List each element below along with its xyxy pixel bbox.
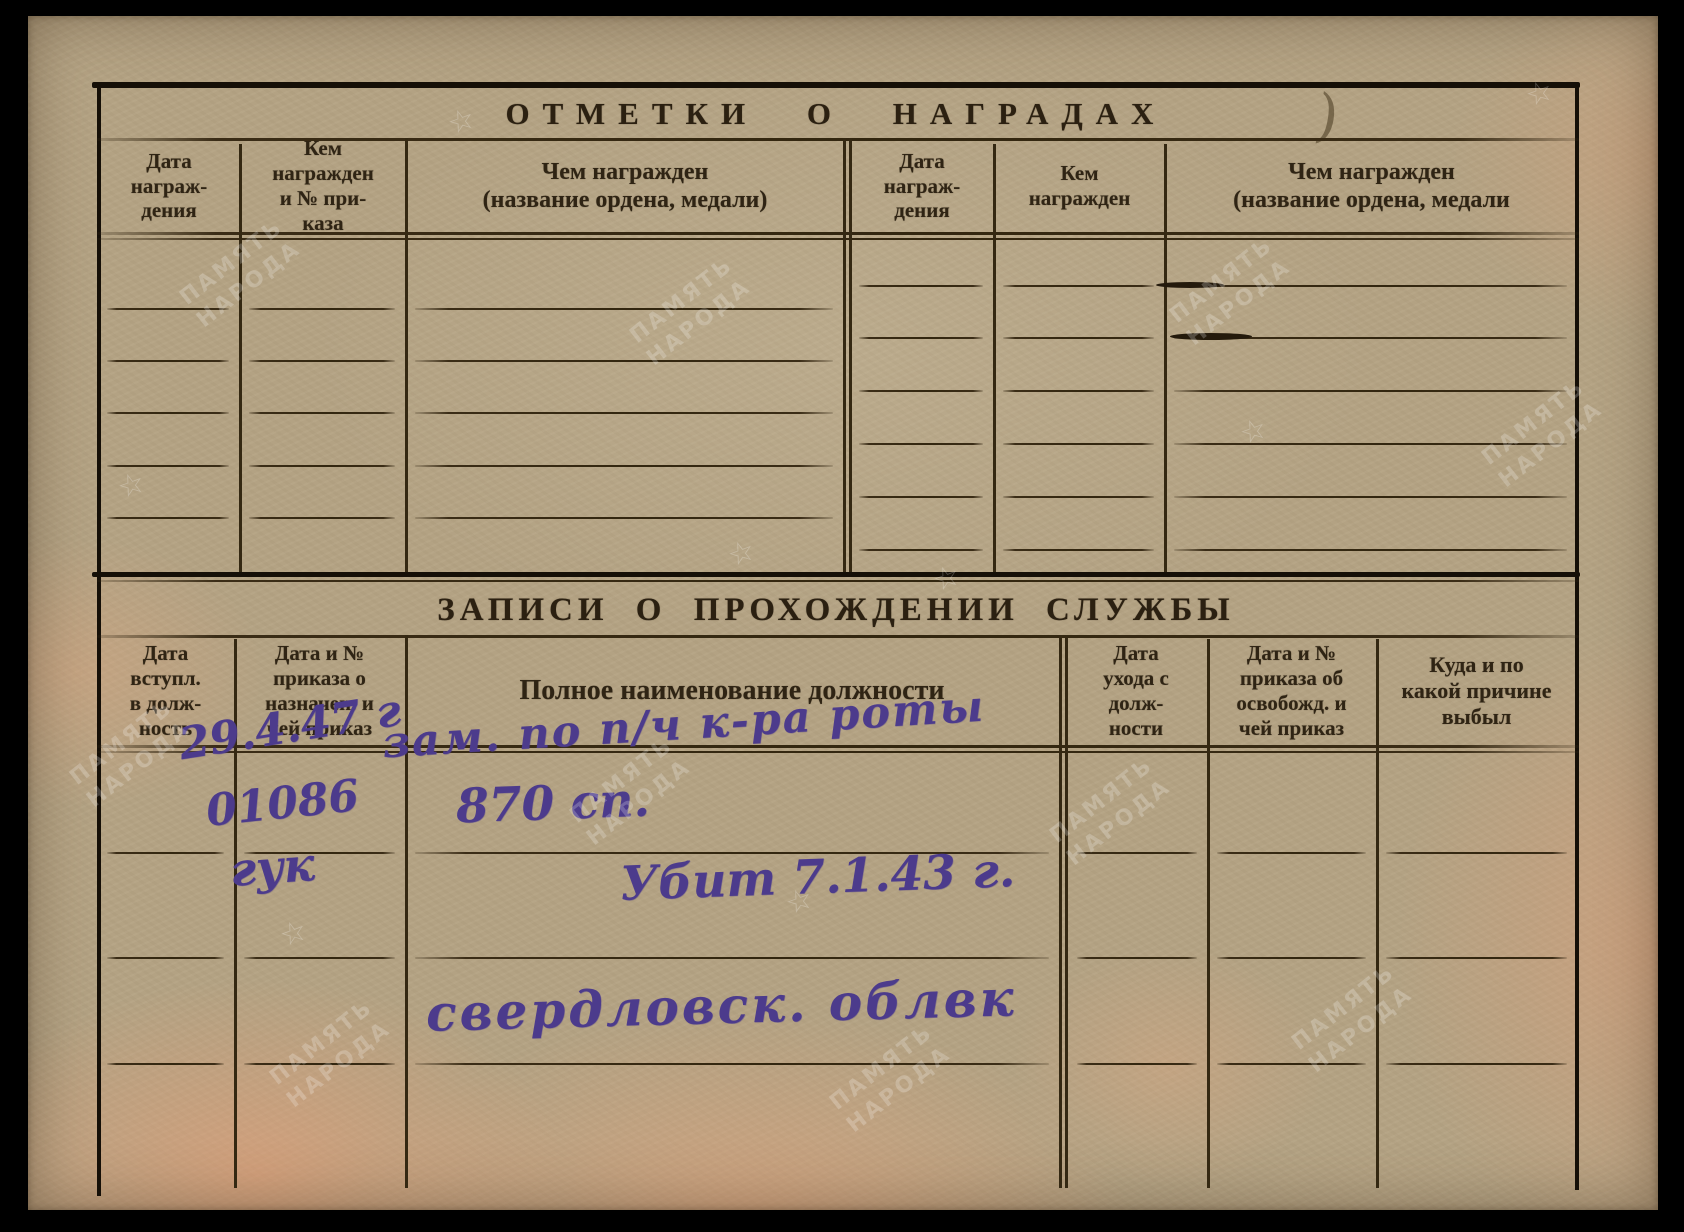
awards-header-by-whom-right: Кем награжден [995,140,1164,232]
handwriting-order-source: гук [228,837,316,897]
watermark-star-icon: ☆ [275,912,312,954]
awards-header-date-left: Дата награж- дения [99,140,239,232]
service-header-leave-date: Дата ухода с долж- ности [1067,637,1205,745]
table-rule-line [1386,852,1567,854]
table-rule-line [415,465,833,467]
awards-header-what-left: Чем награжден (название ордена, медали) [407,140,843,232]
table-rule-line [1174,549,1567,551]
table-rule-line [415,360,833,362]
table-rule-line [1003,443,1154,445]
awards-bottom-border-2 [97,580,1579,582]
table-rule-line [859,443,983,445]
table-rule-line [1003,496,1154,498]
table-rule-line [1003,390,1154,392]
service-header-bottom-rule-2 [97,751,1579,753]
table-rule-line [859,496,983,498]
table-rule-line [1386,1063,1567,1065]
watermark-star-icon: ☆ [1235,410,1272,452]
table-rule-line [1003,549,1154,551]
table-rule-line [1217,1063,1366,1065]
table-rule-line [415,517,833,519]
table-rule-line [249,360,395,362]
table-rule-line [859,337,983,339]
service-header-where-why: Куда и по какой причине выбыл [1378,637,1575,745]
table-rule-line [107,852,224,854]
awards-center-divider [843,138,846,572]
table-rule-line [859,285,983,287]
pamyat-naroda-watermark: ПАМЯТЬ НАРОДА [624,251,756,371]
table-rule-line [107,517,229,519]
table-rule-line [249,465,395,467]
service-table-title: ЗАПИСИ О ПРОХОЖДЕНИИ СЛУЖБЫ [92,592,1580,629]
table-rule-line [1174,496,1567,498]
table-rule-line [1386,957,1567,959]
table-rule-line [1077,1063,1197,1065]
awards-header-bottom-rule-2 [97,238,1579,240]
service-header-order-release: Дата и № приказа об освобожд. и чей прик… [1209,637,1374,745]
handwriting-order-number: 01086 [204,770,362,837]
awards-top-border [92,82,1580,88]
table-rule-line [415,957,1049,959]
watermark-star-icon: ☆ [723,532,760,574]
table-rule-line [107,465,229,467]
table-rule-line [415,308,833,310]
awards-header-date-right: Дата награж- дения [851,140,993,232]
record-card: ОТМЕТКИ О НАГРАДАХ ) Дата награж- дения … [28,16,1658,1210]
table-rule-line [249,308,395,310]
table-rule-line [244,957,395,959]
table-rule-line [107,412,229,414]
watermark-star-icon: ☆ [113,464,150,506]
awards-header-what-right: Чем награжден (название ордена, медали [1166,140,1577,232]
table-rule-line [859,390,983,392]
table-rule-line [107,1063,224,1065]
pamyat-naroda-watermark: ПАМЯТЬ НАРОДА [824,1018,956,1138]
service-center-divider [1059,635,1062,1188]
table-rule-line [249,412,395,414]
pamyat-naroda-watermark: ПАМЯТЬ НАРОДА [264,993,396,1113]
table-rule-line [107,360,229,362]
table-rule-line [1003,337,1154,339]
table-rule-line [249,517,395,519]
table-rule-line [1174,390,1567,392]
awards-table-title: ОТМЕТКИ О НАГРАДАХ [92,96,1580,132]
table-rule-line [107,957,224,959]
card-right-border [1575,86,1579,1190]
table-rule-line [1077,957,1197,959]
awards-bottom-border [92,572,1580,577]
pamyat-naroda-watermark: ПАМЯТЬ НАРОДА [1286,958,1418,1078]
table-rule-line [1217,852,1366,854]
table-rule-line [859,549,983,551]
table-rule-line [415,412,833,414]
table-rule-line [1003,285,1154,287]
table-rule-line [1217,957,1366,959]
